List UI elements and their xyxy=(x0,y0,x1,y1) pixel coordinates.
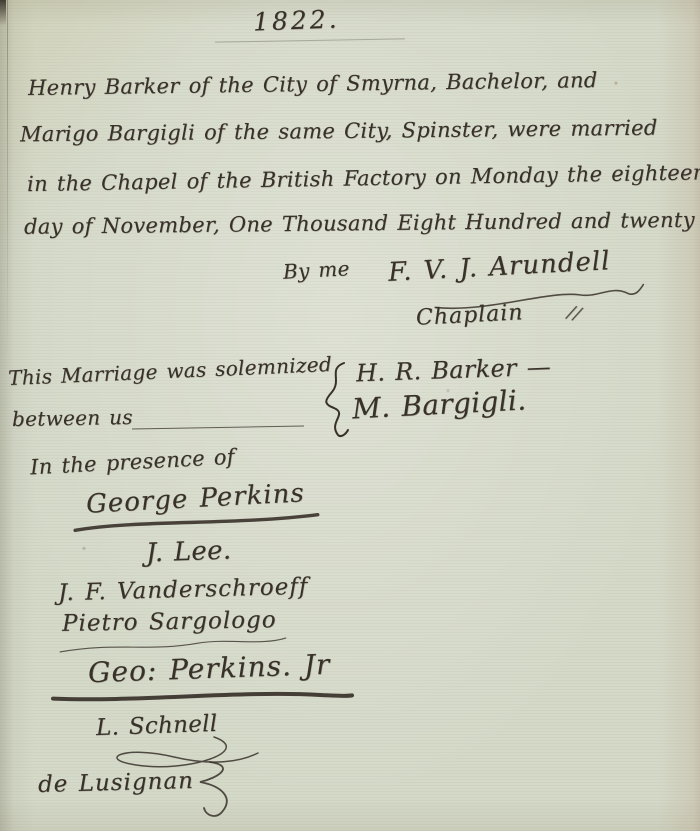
couple-brace-flourish xyxy=(318,360,352,442)
officiant-signature: F. V. J. Arundell xyxy=(387,246,611,288)
by-me-label: By me xyxy=(282,256,350,283)
entry-line-2: Marigo Bargigli of the same City, Spinst… xyxy=(20,116,658,147)
witness-signature: Geo: Perkins. Jr xyxy=(87,648,330,689)
blank-fill-line xyxy=(132,425,304,429)
groom-signature: H. R. Barker — xyxy=(356,353,552,388)
officiant-title: Chaplain xyxy=(415,300,524,331)
year-heading: 1822. xyxy=(253,4,341,36)
bride-signature: M. Bargigli. xyxy=(351,383,527,425)
entry-line-1: Henry Barker of the City of Smyrna, Bach… xyxy=(28,68,598,100)
witness-signature: J. Lee. xyxy=(146,536,232,569)
entry-line-4: day of November, One Thousand Eight Hund… xyxy=(24,207,700,239)
witness-signature: Pietro Sargologo xyxy=(62,607,277,637)
witness-signature: J. F. Vanderschroeff xyxy=(58,574,309,607)
entry-line-3: in the Chapel of the British Factory on … xyxy=(27,160,700,196)
year-underline xyxy=(215,38,405,42)
presence-heading: In the presence of xyxy=(30,445,236,480)
solemnized-text-line-1: This Marriage was solemnized xyxy=(8,352,333,390)
witness-flourish xyxy=(170,760,240,826)
witness-underline xyxy=(50,685,355,709)
solemnized-text-line-2: between us xyxy=(12,405,133,431)
manuscript-page: 1822. Henry Barker of the City of Smyrna… xyxy=(0,0,700,831)
